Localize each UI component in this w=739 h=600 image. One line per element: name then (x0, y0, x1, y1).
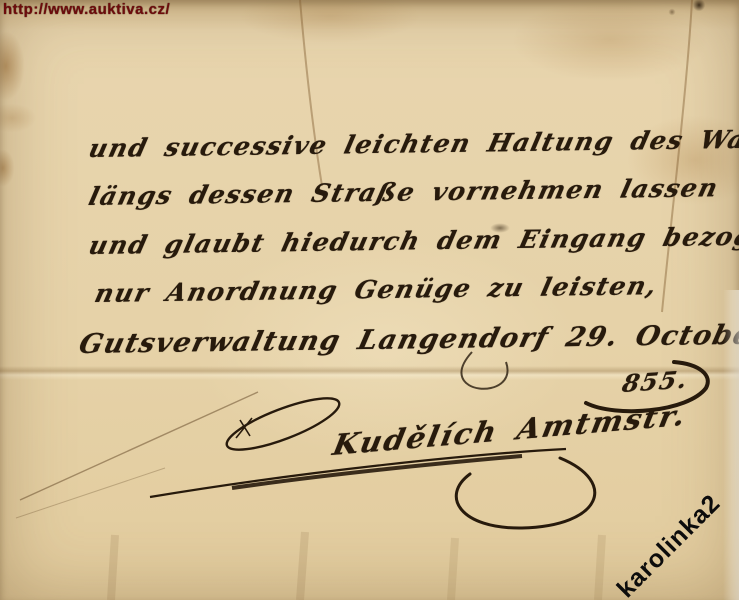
handwriting-line-4: nur Anordnung Genüge zu leisten, (92, 271, 661, 308)
handwriting-line-3: und glaubt hiedurch dem Eingang bezogen (86, 221, 739, 260)
shading-streak (451, 538, 455, 600)
handwriting-dateline: Gutsverwaltung Langendorf 29. October (76, 319, 739, 360)
handwriting-line-1: und successive leichten Haltung des Wald… (86, 124, 739, 163)
seller-name-watermark: karolinka2 (612, 449, 739, 600)
signature-cross-strokes (236, 418, 252, 438)
crease-diagonal-2 (16, 468, 165, 518)
shading-streak (598, 535, 602, 600)
paper-edge-highlight (723, 290, 739, 600)
handwriting-line-2: längs dessen Straße vornehmen lassen (86, 173, 722, 211)
handwriting-year: 855. (620, 365, 691, 398)
fold-crease-top-right (662, 0, 692, 312)
auction-site-watermark: http://www.auktiva.cz/ (3, 1, 170, 18)
handwriting-signature: Kudělích Amtmstr. (330, 398, 690, 462)
signature-oval-flourish (222, 388, 345, 459)
shading-streak (300, 532, 305, 600)
signature-lower-loop (456, 458, 594, 528)
dateline-loop-flourish (461, 352, 507, 389)
scanned-letter-photo: http://www.auktiva.cz/ karolinka2 und su… (0, 0, 739, 600)
signature-underline-bold (232, 456, 522, 488)
crease-diagonal-1 (20, 392, 258, 500)
shading-streak (111, 535, 115, 600)
